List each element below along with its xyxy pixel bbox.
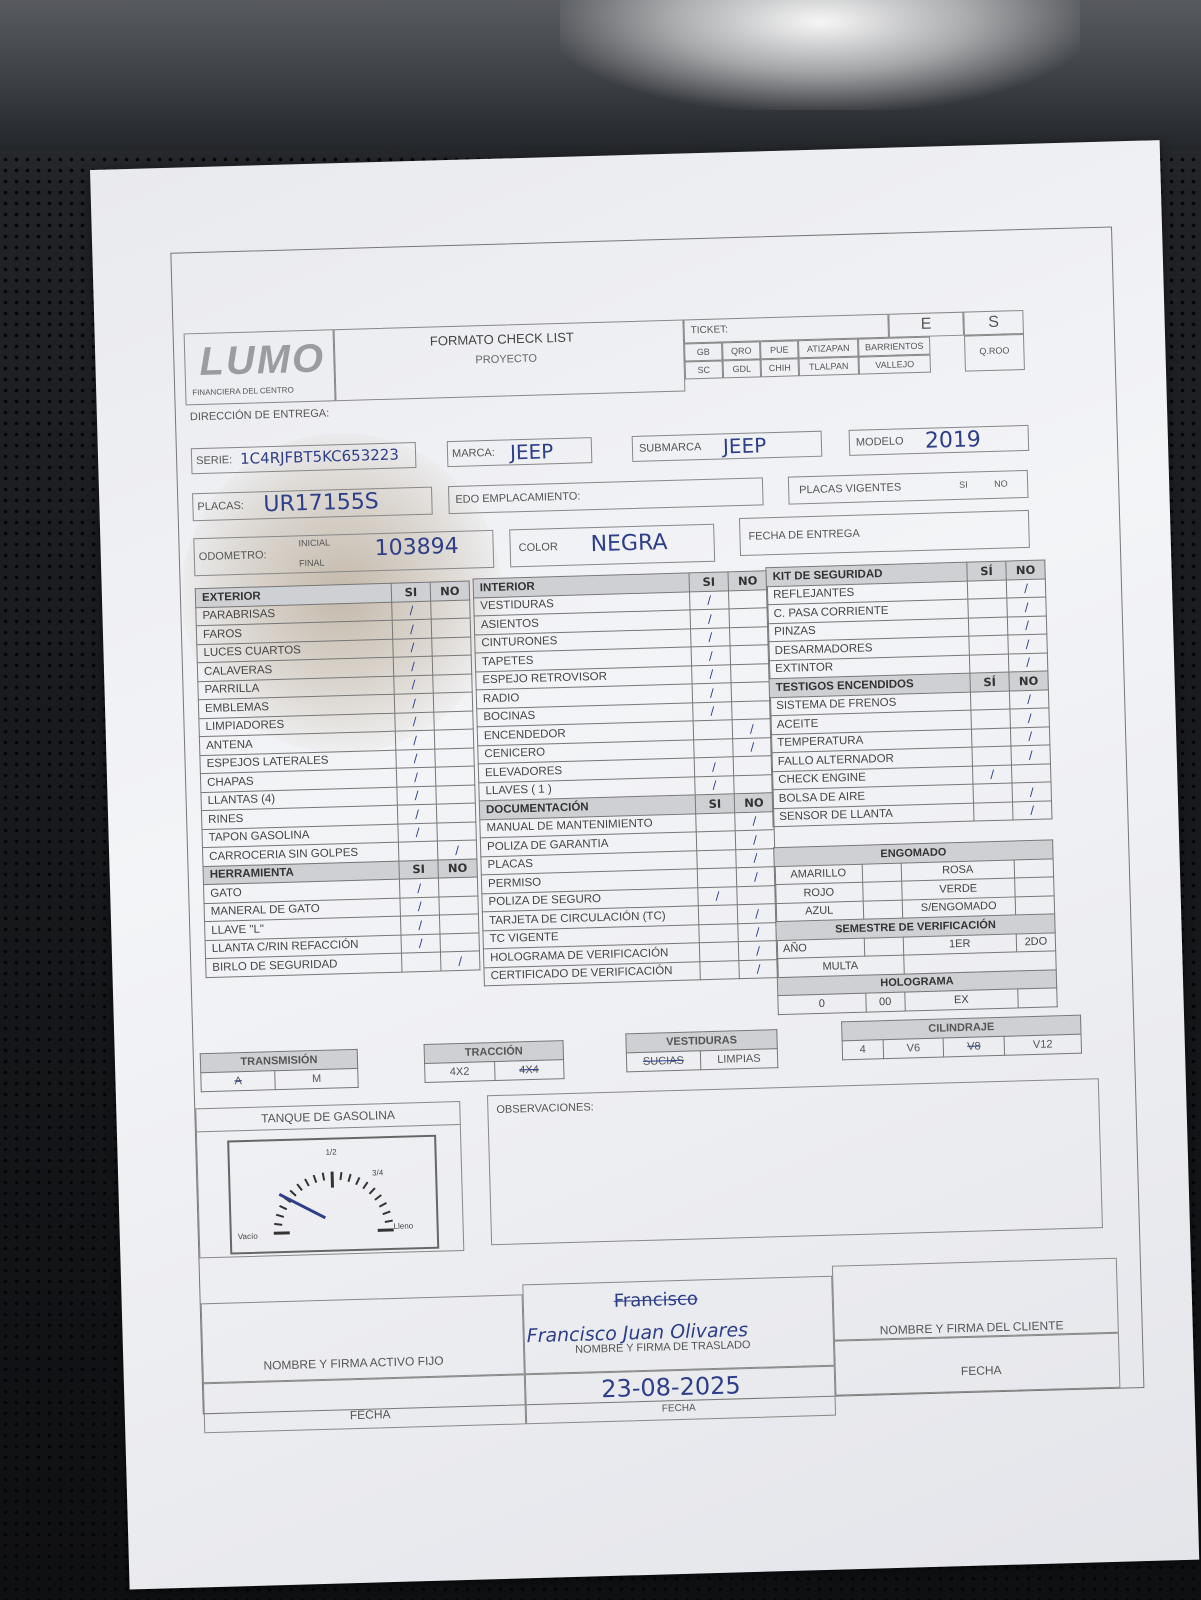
- cilindraje-option[interactable]: V8: [943, 1036, 1004, 1057]
- documentacion-si-checkbox[interactable]: [698, 905, 738, 925]
- serie-value: 1C4RJFBT5KC653223: [240, 445, 399, 467]
- activo-fijo-label: NOMBRE Y FIRMA ACTIVO FIJO: [263, 1354, 444, 1373]
- interior-no-checkbox[interactable]: [731, 663, 771, 683]
- interior-no-checkbox[interactable]: /: [733, 737, 773, 757]
- tanque-title: TANQUE DE GASOLINA: [196, 1102, 460, 1132]
- branch-qroo[interactable]: Q.ROO: [964, 334, 1025, 372]
- vestiduras-option[interactable]: SUCIAS: [626, 1051, 700, 1072]
- salida-s[interactable]: S: [963, 310, 1024, 336]
- interior-no-checkbox[interactable]: [730, 626, 770, 646]
- herramienta-si-checkbox[interactable]: /: [400, 915, 440, 935]
- color-field[interactable]: COLOR NEGRA: [509, 524, 715, 568]
- placas-vigentes-si[interactable]: SI: [959, 480, 968, 490]
- interior-si-checkbox[interactable]: /: [691, 646, 731, 666]
- testigos-si-checkbox[interactable]: [972, 746, 1012, 766]
- kit-si-checkbox[interactable]: [969, 635, 1009, 655]
- vestiduras-option[interactable]: LIMPIAS: [700, 1049, 778, 1070]
- interior-no-checkbox[interactable]: [730, 645, 770, 665]
- kit-si-checkbox[interactable]: [968, 598, 1008, 618]
- proyecto-label: PROYECTO: [475, 353, 537, 367]
- herramienta-no-checkbox[interactable]: /: [440, 951, 480, 971]
- interior-si-checkbox[interactable]: /: [690, 609, 730, 629]
- exterior-no-checkbox[interactable]: [435, 766, 475, 786]
- branch-option[interactable]: TLALPAN: [799, 357, 859, 377]
- cilindraje-option[interactable]: V12: [1004, 1034, 1082, 1055]
- documentacion-no-checkbox[interactable]: /: [739, 959, 779, 979]
- exterior-si-checkbox[interactable]: /: [394, 693, 434, 713]
- exterior-no-checkbox[interactable]: [432, 637, 472, 657]
- exterior-si-checkbox[interactable]: /: [392, 619, 432, 639]
- kit-si-checkbox[interactable]: [967, 580, 1007, 600]
- holograma-option[interactable]: EX: [904, 989, 1018, 1011]
- cilindraje-option[interactable]: 4: [842, 1040, 883, 1060]
- exterior-no-checkbox[interactable]: [436, 803, 476, 823]
- modelo-field[interactable]: MODELO 2019: [849, 425, 1030, 456]
- traccion-box: TRACCIÓN4X24X4: [424, 1040, 565, 1083]
- interior-si-checkbox[interactable]: [693, 720, 733, 740]
- exterior-no-checkbox[interactable]: [434, 729, 474, 749]
- testigos-no-checkbox[interactable]: /: [1010, 726, 1050, 746]
- engomado-checkbox[interactable]: [862, 881, 902, 901]
- exterior-no-checkbox[interactable]: [437, 821, 477, 841]
- submarca-label: SUBMARCA: [639, 441, 702, 455]
- exterior-si-checkbox[interactable]: /: [396, 767, 436, 787]
- tanque-box: TANQUE DE GASOLINA 1/2 3/4 Vacío Lleno: [195, 1101, 464, 1258]
- interior-no-checkbox[interactable]: [734, 774, 774, 794]
- exterior-si-checkbox[interactable]: /: [397, 804, 437, 824]
- branch-option[interactable]: SC: [685, 360, 723, 379]
- documentacion-si-checkbox[interactable]: /: [698, 886, 738, 906]
- exterior-si-checkbox[interactable]: [398, 841, 438, 861]
- exterior-no-checkbox[interactable]: [434, 711, 474, 731]
- documentacion-si-checkbox[interactable]: [696, 812, 736, 832]
- inicial-label: INICIAL: [298, 537, 330, 548]
- edo-emplacamiento-field[interactable]: EDO EMPLACAMIENTO:: [448, 477, 764, 514]
- observaciones-label: OBSERVACIONES:: [496, 1101, 594, 1116]
- sunlight-glare: [560, 0, 1080, 110]
- fecha-traslado-label: FECHA: [662, 1403, 696, 1415]
- herramienta-si-checkbox[interactable]: /: [400, 897, 440, 917]
- check-list-sheet: LUMO FINANCIERA DEL CENTRO FORMATO CHECK…: [90, 140, 1199, 1589]
- segundo-semestre[interactable]: 2DO: [1016, 932, 1056, 952]
- exterior-si-checkbox[interactable]: /: [393, 656, 433, 676]
- kit-si-checkbox[interactable]: [969, 654, 1009, 674]
- placas-label: PLACAS:: [197, 500, 244, 513]
- branch-option[interactable]: GB: [684, 342, 722, 361]
- color-label: COLOR: [519, 541, 558, 554]
- exterior-si-checkbox[interactable]: /: [395, 712, 435, 732]
- documentacion-si-checkbox[interactable]: [697, 849, 737, 869]
- vestiduras-box: VESTIDURASSUCIASLIMPIAS: [625, 1029, 778, 1072]
- placas-field[interactable]: PLACAS: UR17155S: [192, 487, 433, 522]
- interior-no-checkbox[interactable]: /: [732, 719, 772, 739]
- interior-table: INTERIORSINOVESTIDURAS/ASIENTOS/CINTURON…: [473, 570, 779, 986]
- kit-seguridad-table: KIT DE SEGURIDADSÍNOREFLEJANTES/C. PASA …: [765, 559, 1052, 827]
- herramienta-si-checkbox[interactable]: /: [401, 934, 441, 954]
- ano-field[interactable]: [864, 937, 904, 957]
- logo-box: LUMO FINANCIERA DEL CENTRO: [184, 329, 336, 405]
- testigos-no-checkbox[interactable]: /: [1011, 745, 1051, 765]
- documentacion-si-checkbox[interactable]: [699, 942, 739, 962]
- edo-label: EDO EMPLACAMIENTO:: [455, 490, 580, 505]
- exterior-no-checkbox[interactable]: /: [437, 840, 477, 860]
- branch-option[interactable]: QRO: [722, 341, 760, 360]
- final-label: FINAL: [299, 558, 325, 569]
- logo-subtitle: FINANCIERA DEL CENTRO: [192, 385, 294, 397]
- interior-no-checkbox[interactable]: [732, 700, 772, 720]
- documentacion-si-checkbox[interactable]: [697, 868, 737, 888]
- herramienta-si-checkbox[interactable]: [401, 952, 441, 972]
- herramienta-no-checkbox[interactable]: [439, 895, 479, 915]
- engomado-checkbox[interactable]: [862, 863, 902, 883]
- branch-option[interactable]: BARRIENTOS: [858, 337, 930, 357]
- interior-si-checkbox[interactable]: /: [691, 627, 731, 647]
- exterior-no-checkbox[interactable]: [431, 618, 471, 638]
- firma-cliente[interactable]: NOMBRE Y FIRMA DEL CLIENTE: [832, 1258, 1119, 1341]
- testigos-si-checkbox[interactable]: [971, 728, 1011, 748]
- exterior-si-checkbox[interactable]: /: [393, 638, 433, 658]
- submarca-field[interactable]: SUBMARCA JEEP: [632, 431, 823, 462]
- interior-si-checkbox[interactable]: [694, 738, 734, 758]
- documentacion-no-checkbox[interactable]: /: [735, 811, 775, 831]
- engomado-option: AZUL: [775, 901, 863, 922]
- transmision-option[interactable]: M: [275, 1068, 358, 1089]
- branch-option[interactable]: ATIZAPAN: [798, 339, 858, 359]
- branch-option[interactable]: PUE: [760, 340, 798, 359]
- testigos-no-checkbox[interactable]: /: [1009, 689, 1049, 709]
- exterior-si-checkbox[interactable]: /: [394, 675, 434, 695]
- placas-vigentes-field: PLACAS VIGENTES SI NO: [788, 470, 1029, 505]
- traslado-signature-struck: Francisco: [613, 1288, 698, 1311]
- kit-no-checkbox[interactable]: /: [1007, 597, 1047, 617]
- documentacion-si-checkbox[interactable]: [699, 923, 739, 943]
- herramienta-si-checkbox[interactable]: /: [399, 878, 439, 898]
- color-value: NEGRA: [590, 530, 668, 557]
- herramienta-no-checkbox[interactable]: [440, 932, 480, 952]
- testigos-si-checkbox[interactable]: [974, 801, 1014, 821]
- branch-option[interactable]: VALLEJO: [859, 355, 931, 375]
- gauge-three-quarter-label: 3/4: [372, 1168, 383, 1177]
- exterior-si-checkbox[interactable]: /: [397, 786, 437, 806]
- observaciones-field[interactable]: OBSERVACIONES:: [487, 1078, 1103, 1245]
- interior-no-checkbox[interactable]: [733, 756, 773, 776]
- fecha-entrega-label: FECHA DE ENTREGA: [748, 528, 860, 543]
- exterior-no-checkbox[interactable]: [435, 748, 475, 768]
- marca-field[interactable]: MARCA: JEEP: [447, 437, 593, 467]
- odometro-value: 103894: [374, 534, 459, 561]
- interior-no-checkbox[interactable]: [728, 589, 768, 609]
- documentacion-no-checkbox[interactable]: /: [736, 867, 776, 887]
- interior-si-checkbox[interactable]: /: [692, 664, 732, 684]
- fuel-gauge: 1/2 3/4 Vacío Lleno: [227, 1135, 439, 1255]
- documentacion-no-checkbox[interactable]: /: [738, 922, 778, 942]
- ticket-label: TICKET:: [691, 324, 729, 336]
- documentacion-si-checkbox[interactable]: [696, 831, 736, 851]
- marca-label: MARCA:: [452, 447, 495, 460]
- interior-si-checkbox[interactable]: /: [693, 701, 733, 721]
- serie-field[interactable]: SERIE: 1C4RJFBT5KC653223: [191, 442, 417, 474]
- engomado-checkbox[interactable]: [1015, 877, 1055, 897]
- engomado-checkbox[interactable]: [1015, 895, 1055, 915]
- submarca-value: JEEP: [723, 433, 767, 458]
- lumo-logo: LUMO: [199, 337, 326, 385]
- exterior-no-checkbox[interactable]: [431, 600, 471, 620]
- gauge-empty-label: Vacío: [238, 1232, 258, 1242]
- title-box: FORMATO CHECK LIST PROYECTO: [334, 319, 686, 401]
- testigos-no-checkbox[interactable]: /: [1010, 708, 1050, 728]
- cilindraje-option[interactable]: V6: [883, 1038, 944, 1059]
- placas-value: UR17155S: [263, 489, 379, 517]
- documentacion-no-checkbox[interactable]: /: [737, 904, 777, 924]
- exterior-no-checkbox[interactable]: [433, 692, 473, 712]
- engomado-option: AMARILLO: [774, 864, 862, 885]
- holograma-option[interactable]: 0: [778, 993, 866, 1014]
- placas-vigentes-no[interactable]: NO: [994, 479, 1008, 489]
- fecha-cliente[interactable]: FECHA: [834, 1333, 1120, 1396]
- modelo-value: 2019: [925, 427, 982, 454]
- direccion-label: DIRECCIÓN DE ENTREGA:: [190, 407, 330, 423]
- testigos-si-checkbox[interactable]: [973, 783, 1013, 803]
- fecha-traslado-value: 23-08-2025: [601, 1371, 741, 1403]
- gauge-needle: [279, 1193, 325, 1219]
- exterior-no-checkbox[interactable]: [433, 674, 473, 694]
- documentacion-no-checkbox[interactable]: /: [738, 941, 778, 961]
- documentacion-si-checkbox[interactable]: [700, 960, 740, 980]
- traccion-option[interactable]: 4X2: [425, 1062, 495, 1083]
- transmision-box: TRANSMISIÓNAM: [200, 1049, 359, 1092]
- fecha-label: FECHA: [350, 1407, 391, 1422]
- kit-no-checkbox[interactable]: /: [1008, 634, 1048, 654]
- entrada-e[interactable]: E: [888, 312, 964, 338]
- fecha-entrega-field[interactable]: FECHA DE ENTREGA: [739, 510, 1030, 556]
- serie-label: SERIE:: [196, 454, 232, 467]
- exterior-table: EXTERIORSINOPARABRISAS/FAROS/LUCES CUART…: [195, 581, 481, 978]
- form-frame: LUMO FINANCIERA DEL CENTRO FORMATO CHECK…: [170, 226, 1144, 1414]
- exterior-si-checkbox[interactable]: /: [395, 730, 435, 750]
- placas-vigentes-label: PLACAS VIGENTES: [799, 481, 901, 496]
- interior-si-checkbox[interactable]: /: [695, 775, 735, 795]
- exterior-si-checkbox[interactable]: /: [398, 823, 438, 843]
- documentacion-no-checkbox[interactable]: [737, 885, 777, 905]
- testigos-si-checkbox[interactable]: [970, 691, 1010, 711]
- interior-si-checkbox[interactable]: /: [694, 757, 734, 777]
- exterior-no-checkbox[interactable]: [436, 784, 476, 804]
- exterior-si-checkbox[interactable]: /: [396, 749, 436, 769]
- firma-traslado[interactable]: Francisco NOMBRE Y FIRMA DE TRASLADO Fra…: [522, 1276, 834, 1375]
- holograma-option[interactable]: 00: [865, 992, 905, 1012]
- testigos-no-checkbox[interactable]: /: [1012, 782, 1052, 802]
- documentacion-no-checkbox[interactable]: /: [736, 848, 776, 868]
- fecha-activo-fijo[interactable]: FECHA: [203, 1374, 526, 1433]
- form-title: FORMATO CHECK LIST: [430, 330, 574, 349]
- transmision-option[interactable]: A: [201, 1071, 276, 1092]
- gauge-full-label: Lleno: [393, 1221, 413, 1231]
- engomado-option: ROJO: [775, 882, 863, 903]
- interior-no-checkbox[interactable]: [729, 608, 769, 628]
- marca-value: JEEP: [510, 439, 554, 464]
- modelo-label: MODELO: [856, 435, 904, 448]
- testigos-no-checkbox[interactable]: [1011, 763, 1051, 783]
- kit-no-checkbox[interactable]: /: [1007, 615, 1047, 635]
- testigos-no-checkbox[interactable]: /: [1012, 800, 1052, 820]
- interior-no-checkbox[interactable]: [731, 682, 771, 702]
- odometro-field[interactable]: ODOMETRO: INICIAL FINAL 103894: [193, 530, 494, 576]
- interior-si-checkbox[interactable]: /: [690, 590, 730, 610]
- engomado-checkbox[interactable]: [863, 900, 903, 920]
- kit-no-checkbox[interactable]: /: [1008, 652, 1048, 672]
- fecha-traslado[interactable]: 23-08-2025 FECHA: [525, 1366, 836, 1425]
- documentacion-no-checkbox[interactable]: /: [735, 830, 775, 850]
- odometro-label: ODOMETRO:: [199, 549, 267, 563]
- cilindraje-box: CILINDRAJE4V6V8V12: [841, 1015, 1082, 1061]
- traccion-option[interactable]: 4X4: [494, 1060, 564, 1081]
- gauge-half-label: 1/2: [325, 1147, 336, 1156]
- herramienta-no-checkbox[interactable]: [439, 914, 479, 934]
- ano-label: AÑO: [776, 938, 864, 959]
- herramienta-no-checkbox[interactable]: [438, 877, 478, 897]
- kit-si-checkbox[interactable]: [968, 617, 1008, 637]
- engomado-checkbox[interactable]: [1014, 858, 1054, 878]
- testigos-si-checkbox[interactable]: /: [972, 765, 1012, 785]
- exterior-si-checkbox[interactable]: /: [392, 601, 432, 621]
- firma-activo-fijo[interactable]: NOMBRE Y FIRMA ACTIVO FIJO: [201, 1294, 525, 1383]
- branch-option[interactable]: CHIH: [761, 358, 799, 377]
- branch-option[interactable]: GDL: [723, 359, 761, 378]
- interior-si-checkbox[interactable]: /: [692, 683, 732, 703]
- kit-no-checkbox[interactable]: /: [1006, 578, 1046, 598]
- engomado-block: ENGOMADOAMARILLOROSAROJOVERDEAZULS/ENGOM…: [773, 839, 1058, 1014]
- signature-section: NOMBRE Y FIRMA ACTIVO FIJO FECHA Francis…: [200, 1258, 1114, 1433]
- fecha-cliente-label: FECHA: [961, 1363, 1002, 1378]
- exterior-no-checkbox[interactable]: [432, 655, 472, 675]
- testigos-si-checkbox[interactable]: [971, 709, 1011, 729]
